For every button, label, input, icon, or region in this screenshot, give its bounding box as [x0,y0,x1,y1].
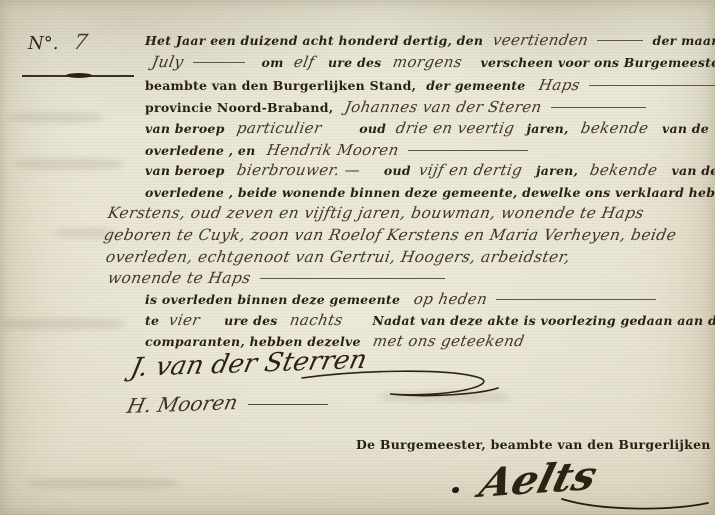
printed-text: oud [359,121,386,136]
printed-text: De Burgemeester, beambte van den Burgerl… [356,437,715,452]
printed-text: der maand [652,33,715,48]
printed-text: te [145,313,159,328]
handwritten-entry: overleden, echtgenoot van Gertrui, Hooge… [104,248,571,266]
act-line-7: van beroep bierbrouwer. — oud vijf en de… [145,161,715,179]
printed-text: beambte van den Burgerlijken Stand, [145,78,416,93]
decorative-rule-lens [66,73,92,78]
handwritten-entry: wonende te Haps [106,269,252,287]
act-line-5: van beroep particulier oud drie en veert… [145,119,709,137]
printed-text: overledene , en [145,143,255,158]
filler-rule [551,107,646,108]
act-number-label: N°. [28,33,58,54]
act-line-11: overleden, echtgenoot van Gertrui, Hooge… [106,248,570,266]
signature-flourish-rule [248,404,328,405]
handwritten-entry: vier [168,311,202,329]
handwritten-entry: nachts [288,311,344,329]
bleedthrough-smudge [8,112,103,123]
printed-text: verscheen voor ons Burgemeester, [480,55,715,70]
signature-witness-1: J. van der Sterren [132,349,366,379]
printed-text: oud [384,163,411,178]
act-number-value: 7 [72,30,90,54]
act-line-3: beambte van den Burgerlijken Stand, der … [145,76,715,94]
handwritten-entry: Hendrik Mooren [266,141,401,159]
filler-rule [193,62,245,63]
signature-official: Aelts [482,456,595,503]
act-line-9: Kerstens, oud zeven en vijftig jaren, bo… [108,204,644,222]
printed-text: Het Jaar een duizend acht honderd dertig… [145,33,483,48]
filler-rule [589,85,715,86]
act-line-4: provincie Noord-Braband, Johannes van de… [145,98,651,116]
printed-text: van beroep [145,121,225,136]
handwritten-entry: July [150,53,185,71]
handwritten-entry: Kerstens, oud zeven en vijftig jaren, bo… [106,204,645,222]
footer-line: De Burgemeester, beambte van den Burgerl… [356,437,715,452]
act-line-10: geboren te Cuyk, zoon van Roelof Kersten… [104,226,676,244]
signature-text: J. van der Sterren [128,345,370,383]
bleedthrough-smudge [14,158,124,170]
act-line-1: Het Jaar een duizend acht honderd dertig… [145,31,715,49]
printed-text: om [261,55,283,70]
act-line-8: overledene , beide wonende binnen deze g… [145,183,715,201]
act-line-14: te vier ure des nachts Nadat van deze ak… [145,311,715,329]
signature-text: H. Mooren [125,390,240,418]
printed-text: van de [662,121,709,136]
handwritten-entry: vijf en dertig [417,161,523,179]
handwritten-entry: particulier [235,119,323,137]
printed-text: van beroep [145,163,225,178]
handwritten-entry: Johannes van der Steren [344,98,544,116]
bleedthrough-smudge [380,392,510,402]
handwritten-entry: elf [292,53,316,71]
signature-ink-dot [452,487,459,493]
filler-rule [496,299,656,300]
act-line-12: wonende te Haps [108,269,450,287]
filler-rule [408,150,528,151]
signature-text: Aelts [475,452,602,507]
filler-rule [597,40,643,41]
handwritten-entry: bekende [589,161,660,179]
printed-text: Nadat van deze akte is voorlezing gedaan… [372,313,715,328]
printed-text: jaren, [527,121,569,136]
printed-text: der gemeente [426,78,525,93]
act-number: N°.7 [28,30,88,54]
handwritten-entry: geboren te Cuyk, zoon van Roelof Kersten… [102,226,677,244]
handwritten-entry: morgens [392,53,464,71]
bleedthrough-smudge [28,478,178,489]
handwritten-entry: bierbrouwer. — [235,161,361,179]
printed-text: ure des [328,55,381,70]
handwritten-entry: op heden [413,290,489,308]
handwritten-entry: veertienden [492,31,590,49]
act-line-6: overledene , en Hendrik Mooren [145,141,533,159]
printed-text: is overleden binnen deze gemeente [145,292,400,307]
printed-text: overledene , beide wonende binnen deze g… [145,185,715,200]
printed-text: van de [671,163,715,178]
death-certificate-page: N°.7 Het Jaar een duizend acht honderd d… [0,0,715,515]
handwritten-entry: drie en veertig [395,119,517,137]
printed-text: ure des [224,313,277,328]
handwritten-entry: Haps [538,76,582,94]
printed-text: provincie Noord-Braband, [145,100,333,115]
decorative-rule [22,73,134,78]
act-line-13: is overleden binnen deze gemeente op hed… [145,290,661,308]
filler-rule [260,278,445,279]
handwritten-entry: met ons geteekend [371,332,526,350]
printed-text: jaren, [536,163,578,178]
handwritten-entry: bekende [579,119,650,137]
signature-witness-2: H. Mooren [128,392,333,416]
bleedthrough-smudge [0,318,125,330]
act-line-2: July om elf ure des morgens verscheen vo… [152,53,715,71]
